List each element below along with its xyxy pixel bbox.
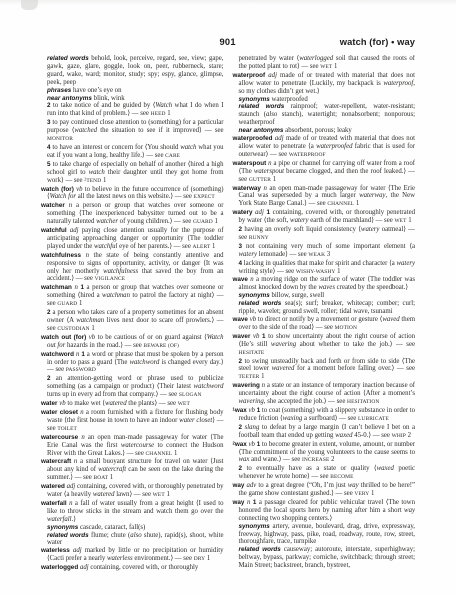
text-run: waterlogged xyxy=(41,564,80,571)
text-run: CHANNEL xyxy=(146,451,173,457)
text-run: 1 xyxy=(210,243,215,250)
text-run: to direct or notify by a movement or ges… xyxy=(256,316,382,323)
text-run: waterproofed xyxy=(316,143,352,150)
text-run: also xyxy=(130,532,141,539)
text-run: watery xyxy=(361,226,380,233)
text-run: TEND xyxy=(86,178,101,184)
text-run: waterway xyxy=(359,192,385,199)
text-run: HESITATE xyxy=(239,350,265,356)
text-run: watery xyxy=(397,260,416,267)
paragraph-sense: 4 to have an interest or concern for ⟨Yo… xyxy=(41,144,224,161)
text-run: 1 xyxy=(108,474,113,481)
guide-words: watch (for) • way xyxy=(340,37,415,47)
text-run: WISHY-WASHY xyxy=(296,269,336,275)
text-run: 1 xyxy=(213,218,218,225)
paragraph-label: related words behold, look, perceive, re… xyxy=(41,55,224,87)
paragraph-entry: wave n a moving ridge on the surface of … xyxy=(233,276,416,292)
text-run: watered xyxy=(93,491,115,498)
text-run: to take notice of and be guided by ⟨ xyxy=(53,102,155,109)
text-run: wavering xyxy=(233,382,262,389)
text-run: turns up in every ad from that company.⟩… xyxy=(47,391,179,398)
text-run: all the latest news on this website.⟩ — … xyxy=(76,193,194,200)
text-run: wave xyxy=(233,276,251,283)
text-run: environment.⟩ — see xyxy=(133,555,194,562)
text-run: watchfulness xyxy=(41,252,86,259)
text-run: adv xyxy=(247,482,257,489)
text-run: earth of the marshland⟩ — see xyxy=(309,217,395,224)
text-run: 3 xyxy=(239,243,246,250)
right-column: penetrated by water ⟨waterlogged soil th… xyxy=(233,55,416,587)
text-run: wavering xyxy=(271,341,296,348)
paragraph-entry: waterspout n a pipe or channel for carry… xyxy=(233,160,416,185)
text-run: WET xyxy=(178,401,190,407)
text-run: have one’s eye on xyxy=(73,87,122,94)
text-run: billow, surge, swell xyxy=(271,292,324,299)
paragraph-entry: watchman n 1 a person or group that watc… xyxy=(41,284,224,309)
text-run: 1 xyxy=(172,450,177,457)
page-header: 901 watch (for) • way xyxy=(41,37,415,50)
paragraph-entry: waterway n an open man-made passageway f… xyxy=(233,185,416,210)
text-run: a surfboard⟩ — see xyxy=(302,415,358,422)
text-run: to have an interest or concern for ⟨You … xyxy=(52,144,180,151)
paragraph-entry: watered adj containing, covered with, or… xyxy=(41,483,224,500)
text-run: waterproof xyxy=(233,72,269,79)
text-run: HEED xyxy=(151,111,166,117)
text-run: SLOGAN xyxy=(179,392,202,398)
text-run: waxed xyxy=(335,432,352,439)
text-run: waxed xyxy=(377,465,394,472)
text-run: RUNNY xyxy=(249,235,269,241)
text-run: near antonyms xyxy=(47,95,94,102)
text-run: watchword xyxy=(41,351,76,358)
paragraph-label: phrases have one’s eye on xyxy=(41,87,224,95)
text-run: 2 xyxy=(329,456,334,463)
text-run: 1 xyxy=(90,325,95,332)
text-run: 1 xyxy=(259,373,264,380)
text-run: waver xyxy=(233,333,254,340)
text-run: related words xyxy=(239,103,291,110)
text-run: waterless xyxy=(41,547,73,554)
paragraph-label: synonyms waterproofed xyxy=(233,96,416,104)
paragraph-entry: waterproofed adj made of or treated with… xyxy=(233,135,416,160)
text-run: a fall of water usually from a great hei… xyxy=(47,500,224,515)
text-run: VERY xyxy=(354,491,369,497)
text-run: watchfulness xyxy=(103,268,138,275)
text-run: waterspout xyxy=(233,160,269,167)
paragraph-entry: 1wax vb 1 to coat (something) with a sli… xyxy=(233,407,416,424)
text-run: watchman xyxy=(41,284,74,291)
text-run: waterway xyxy=(233,185,264,192)
text-run: LUBRICATE xyxy=(358,416,389,422)
text-run: created by the speedboat.⟩ xyxy=(335,284,408,291)
paragraph-sense: 2 to take notice of and be guided by ⟨Wa… xyxy=(41,102,224,119)
text-run: hazards in the road.⟩ — see xyxy=(65,342,143,349)
text-run: near antonyms xyxy=(239,127,286,134)
text-run: flume; chute ( xyxy=(91,532,130,539)
text-run: to make wet ⟨ xyxy=(66,400,105,407)
text-run: blink, wink xyxy=(94,95,125,102)
text-run: synonyms xyxy=(239,523,273,530)
text-run: TOILET xyxy=(57,426,77,432)
text-run: waterproofed xyxy=(271,96,307,103)
text-run: water closet xyxy=(41,409,80,416)
text-run: cascade, cataract, fall(s) xyxy=(80,524,145,531)
text-run: watchword xyxy=(129,359,159,366)
text-run: waved xyxy=(382,316,399,323)
paragraph-label: related words flume; chute (also shute),… xyxy=(41,532,224,548)
text-run: watched xyxy=(74,127,97,134)
text-run: lawn⟩ — see xyxy=(115,491,153,498)
text-run: adj xyxy=(73,547,82,554)
text-run: 1 xyxy=(369,490,374,497)
text-run: adj xyxy=(80,564,89,571)
text-run: 1 xyxy=(407,217,412,224)
text-run: DRY xyxy=(194,556,206,562)
paragraph-sense: 2 having an overly soft liquid consisten… xyxy=(233,226,416,243)
paragraph-label: related words sea(s); surf; breaker, whi… xyxy=(233,300,416,316)
paragraph-entry: watchfulness n the state of being consta… xyxy=(41,252,224,285)
text-run: WET xyxy=(320,64,332,70)
text-run: GUTTER xyxy=(249,177,271,183)
text-run: wax xyxy=(235,441,249,448)
text-run: WHIP xyxy=(392,433,406,439)
paragraph-entry: wavering n a state or an instance of tem… xyxy=(233,382,416,407)
paragraph-sense: 2 slang to defeat by a large margin ⟨I c… xyxy=(233,424,416,441)
text-run: watchful xyxy=(94,243,117,250)
paragraph-entry: watchful adj paying close attention usua… xyxy=(41,227,224,252)
paragraph-entry: waterfall n a fall of water usually from… xyxy=(41,500,224,524)
dictionary-body: related words behold, look, perceive, re… xyxy=(41,55,415,587)
text-run: watery xyxy=(290,217,309,224)
text-run: way xyxy=(233,499,247,506)
text-run: TEETER xyxy=(239,374,260,380)
text-run: 1 xyxy=(335,268,340,275)
text-run: to a great degree ⟨“Oh, I’m just xyxy=(256,482,347,489)
text-run: lemonade⟩ — see xyxy=(257,251,308,258)
text-run: having an overly soft liquid consistency… xyxy=(244,226,361,233)
text-run: waterproof xyxy=(383,80,413,87)
text-run: MONITOR xyxy=(47,136,73,142)
text-run: 1 xyxy=(77,300,82,307)
paragraph-label: synonyms cascade, cataract, fall(s) xyxy=(41,524,224,532)
paragraph-label: related words causeway; autoroute, inter… xyxy=(233,546,416,570)
text-run: 2 xyxy=(406,432,411,439)
text-run: 3 xyxy=(325,251,330,258)
text-run: waterproofed xyxy=(233,135,275,142)
text-run: 1 xyxy=(354,200,359,207)
text-run: BEWARE (OF) xyxy=(143,343,178,349)
text-run: WET xyxy=(153,492,165,498)
text-run: BOAT xyxy=(93,475,108,481)
text-run: a passage cleared for public vehicular t… xyxy=(239,499,416,514)
paragraph-label: synonyms billow, surge, swell xyxy=(233,292,416,300)
text-run: 1 xyxy=(101,177,106,184)
paragraph-entry: waver vb 1 to show uncertainty about the… xyxy=(233,333,416,358)
text-run: CARE xyxy=(165,153,180,159)
text-run: wavered xyxy=(272,365,295,372)
text-run: .⟩ xyxy=(72,516,76,523)
text-run: of young children.⟩ — see xyxy=(118,218,193,225)
text-run: watercourse xyxy=(121,442,154,449)
text-run: CUSTODIAN xyxy=(57,326,89,332)
text-run: watchman xyxy=(102,292,130,299)
text-run: waterlogged xyxy=(299,55,333,62)
text-run: to become greater in extent, volume, amo… xyxy=(239,441,416,456)
text-run: adj xyxy=(268,72,277,79)
paragraph-sense: 3 not containing very much of some impor… xyxy=(233,243,416,260)
paragraph-entry: waterlogged adj containing, covered with… xyxy=(41,564,224,572)
paragraph-sense: 2 an attention-getting word or phrase us… xyxy=(41,375,224,400)
text-run: penetrated by water ⟨ xyxy=(239,55,300,62)
paragraph-sense: 3 to pay continued close attention to (s… xyxy=(41,119,224,144)
text-run: about whether to take the job.⟩ — see xyxy=(296,341,415,348)
text-run: way xyxy=(348,482,359,489)
text-run: watcher xyxy=(41,202,69,209)
text-run: to eventually have as a state or quality… xyxy=(246,465,376,472)
text-run: adj xyxy=(255,209,264,216)
text-run: waterfall xyxy=(41,500,69,507)
text-run: 2 xyxy=(47,375,56,382)
paragraph-entry: water closet n a room furnished with a f… xyxy=(41,409,224,434)
text-run: waterless xyxy=(107,555,133,562)
text-run: watery xyxy=(233,209,256,216)
text-run: BECOME xyxy=(330,474,353,480)
paragraph-entry: waterproof adj made of or treated with m… xyxy=(233,72,416,96)
paragraph-entry: way n 1 a passage cleared for public veh… xyxy=(233,499,416,523)
text-run: 1 xyxy=(205,555,210,562)
paragraph-sense: 2 to eventually have as a state or quali… xyxy=(233,465,416,482)
text-run: also xyxy=(266,111,277,118)
text-run: watery xyxy=(239,251,258,258)
scan-edge-shadow xyxy=(0,0,456,5)
text-run: watered xyxy=(41,483,67,490)
text-run: waterspout xyxy=(254,168,284,175)
text-run: the plants⟩ — see xyxy=(127,400,178,407)
text-run: GUARD xyxy=(57,301,77,307)
text-run: eye of her parents.⟩ — see xyxy=(117,243,192,250)
text-run: watch out (for) xyxy=(41,334,89,341)
text-run: watchword xyxy=(194,383,224,390)
text-run: watercraft xyxy=(41,458,74,465)
text-run: related words xyxy=(47,55,91,62)
text-run: Watch xyxy=(155,102,172,109)
text-run: the situation to see if it improved⟩ — s… xyxy=(97,127,223,134)
text-run: 1 xyxy=(271,176,276,183)
text-run: 1 xyxy=(332,63,337,70)
text-run: watercraft xyxy=(98,466,126,473)
text-run: WATERPROOF xyxy=(289,152,326,158)
text-run: 45-0.⟩ — see xyxy=(353,432,392,439)
text-run: phrases xyxy=(47,87,73,94)
paragraph-entry: water vb to make wet ⟨watered the plants… xyxy=(41,400,224,409)
text-run: WEAK xyxy=(308,252,325,258)
text-run: watchful xyxy=(41,227,70,234)
text-run: synonyms xyxy=(239,96,272,103)
text-run: MOTION xyxy=(335,325,357,331)
text-run: wave xyxy=(233,316,250,323)
page-number: 901 xyxy=(219,37,235,47)
text-run: watered xyxy=(105,400,127,407)
text-run: watercourse xyxy=(41,434,81,441)
text-run: related words xyxy=(239,300,285,307)
text-run: HESITATION xyxy=(347,399,379,405)
paragraph-entry: watcher n a person or group that watches… xyxy=(41,202,224,227)
text-run: PASSWORD xyxy=(66,367,96,373)
text-run: synonyms xyxy=(239,292,272,299)
paragraph-entry: wave vb to direct or notify by a movemen… xyxy=(233,316,416,333)
paragraph-sense: 4 lacking in qualities that make for spi… xyxy=(233,260,416,277)
text-run: ALERT xyxy=(193,244,211,250)
paragraph-sense: 2 to swing unsteadily back and forth or … xyxy=(233,358,416,383)
text-run: Watch for xyxy=(50,193,76,200)
text-run: way xyxy=(233,482,247,489)
text-run: watch xyxy=(180,144,196,151)
paragraph-entry: watch out (for) vb to be cautious of or … xyxy=(41,334,224,351)
text-run: related words xyxy=(239,546,284,553)
paragraph-entry: watch (for) vb to believe in the future … xyxy=(41,186,224,203)
text-run: adj xyxy=(70,227,79,234)
text-run: waterfall xyxy=(47,516,72,523)
text-run: GUARD xyxy=(193,219,213,225)
text-run: and wane.⟩ — see xyxy=(249,456,301,463)
text-run: lacking in qualities that make for spiri… xyxy=(244,260,397,267)
text-run: to be cautious of or on guard against ⟨ xyxy=(95,334,207,341)
text-run: related words xyxy=(47,532,91,539)
text-run: 1 xyxy=(165,491,170,498)
text-run: adj xyxy=(67,483,76,490)
paragraph-label: synonyms artery, avenue, boulevard, drag… xyxy=(233,523,416,547)
text-run: watcher xyxy=(96,218,118,225)
paragraph-label: near antonyms absorbent, porous; leaky xyxy=(233,127,416,135)
paragraph-label: related words rainproof; water-repellent… xyxy=(233,103,416,127)
paragraph-entry: watchword n 1 a word or phrase that must… xyxy=(41,351,224,376)
text-run: absorbent, porous; leaky xyxy=(285,127,352,134)
paragraph-entry: waterless adj marked by little or no pre… xyxy=(41,547,224,564)
text-run: not containing very much of some importa… xyxy=(246,243,415,250)
text-run: CHANNEL xyxy=(327,201,354,207)
paragraph-entry: watercraft n a small buoyant structure f… xyxy=(41,458,224,483)
text-run: INCREASE xyxy=(302,457,329,463)
text-run: water closet xyxy=(179,417,212,424)
text-run: connecting two shopping centers.⟩ xyxy=(239,515,333,522)
text-run: , she accepted the job.⟩ — see xyxy=(264,398,347,405)
text-run: 1 xyxy=(166,110,171,117)
text-run: a state or an instance of temporary inac… xyxy=(239,382,416,397)
text-run: watch (for) xyxy=(41,186,76,193)
paragraph-entry: watercourse n an open man-made passagewa… xyxy=(41,434,224,459)
left-column: related words behold, look, perceive, re… xyxy=(41,55,224,587)
text-run: for a moment before falling over.⟩ — see xyxy=(294,365,415,372)
text-run: water xyxy=(41,400,59,407)
paragraph-sense: 5 to take charge of especially on behalf… xyxy=(41,161,224,186)
text-run: WET xyxy=(394,218,406,224)
text-run: watch xyxy=(89,169,105,176)
text-run: wax xyxy=(239,456,250,463)
text-run: wax xyxy=(235,407,249,414)
paragraph-entry: way adv to a great degree ⟨“Oh, I’m just… xyxy=(233,482,416,499)
text-run: way xyxy=(404,507,415,514)
text-run: VIGILANCE xyxy=(95,276,126,282)
paragraph-cont: penetrated by water ⟨waterlogged soil th… xyxy=(233,55,416,72)
paragraph-entry: watery adj 1 containing, covered with, o… xyxy=(233,209,416,226)
text-run: EXPECT xyxy=(194,194,215,200)
text-run: writing style⟩ — see xyxy=(239,268,296,275)
paragraph-entry: 2wax vb 1 to become greater in extent, v… xyxy=(233,441,416,466)
text-run: synonyms xyxy=(47,524,80,531)
scanned-dictionary-page: 901 watch (for) • way related words beho… xyxy=(0,0,456,595)
text-run: containing, covered with, or thoroughly xyxy=(89,564,199,571)
scan-artifact-smudge xyxy=(21,0,38,10)
paragraph-sense: 2 a person who takes care of a property … xyxy=(41,309,224,334)
text-run: watchman xyxy=(76,317,104,324)
text-run: waxing xyxy=(283,415,303,422)
text-run: slang xyxy=(245,424,260,431)
text-run: adj xyxy=(275,135,284,142)
text-run: wavering xyxy=(239,398,264,405)
text-run: waves xyxy=(318,284,335,291)
